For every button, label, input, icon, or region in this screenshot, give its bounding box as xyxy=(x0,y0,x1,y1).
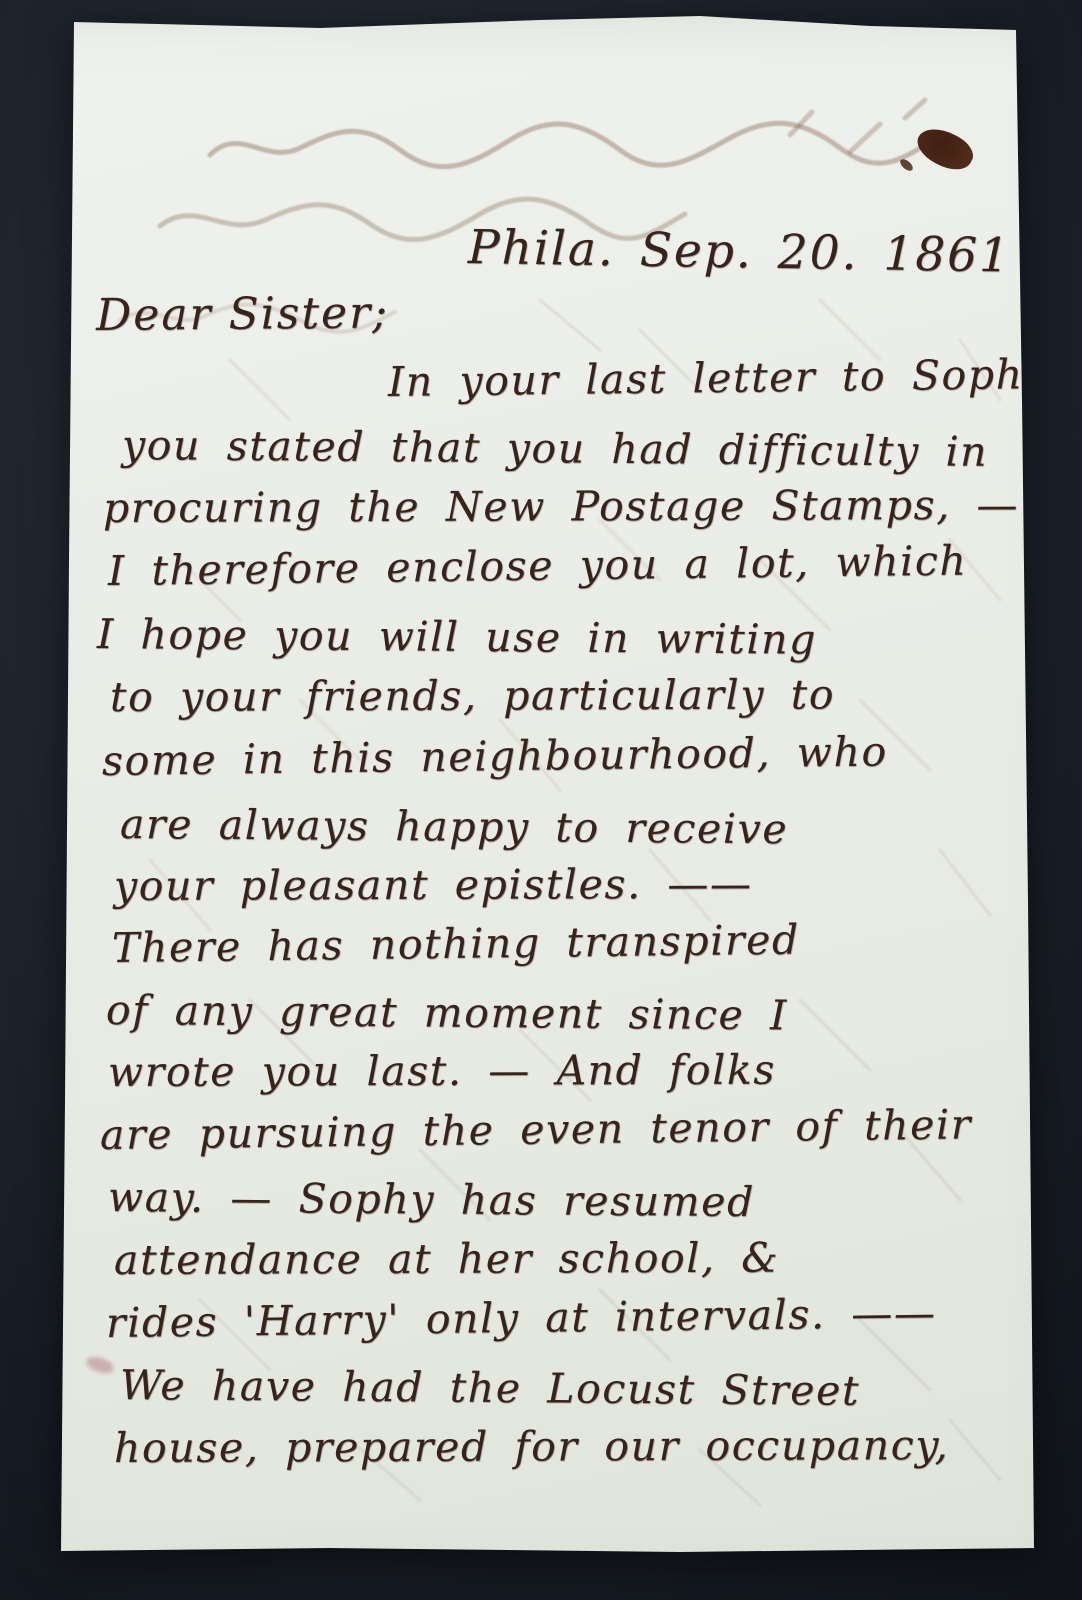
letter-paper: Phila. Sep. 20. 1861 Dear Sister; In you… xyxy=(0,0,1082,1600)
letter-line: We have had the Locust Street xyxy=(120,1361,860,1415)
letter-line: your pleasant epistles. —— xyxy=(114,860,753,910)
letter-line: rides 'Harry' only at intervals. —— xyxy=(106,1289,937,1347)
salutation: Dear Sister; xyxy=(96,287,389,341)
letter-line: procuring the New Postage Stamps, — xyxy=(103,481,1019,532)
letter-line: you stated that you had difficulty in xyxy=(122,421,989,476)
letter-line: to your friends, particularly to xyxy=(110,670,835,721)
letter-line: way. — Sophy has resumed xyxy=(108,1173,755,1226)
letter-line: some in this neighbourhood, who xyxy=(102,727,888,785)
letter-line: of any great moment since I xyxy=(106,986,788,1039)
letter-line: house, prepared for our occupancy, xyxy=(114,1421,949,1472)
letter-line: wrote you last. — And folks xyxy=(108,1046,776,1096)
letter-line: are always happy to receive xyxy=(120,800,789,853)
letter-line: I hope you will use in writing xyxy=(97,610,817,664)
letter-paper-shadow: Phila. Sep. 20. 1861 Dear Sister; In you… xyxy=(0,0,1082,1600)
letter-line: I therefore enclose you a lot, which xyxy=(108,537,968,595)
letter-line: There has nothing transpired xyxy=(112,916,800,972)
dateline: Phila. Sep. 20. 1861 xyxy=(468,220,1012,284)
letter-text: Phila. Sep. 20. 1861 Dear Sister; In you… xyxy=(0,0,1082,1600)
letter-line: are pursuing the even tenor of their xyxy=(100,1100,972,1159)
letter-line: In your last letter to Sophy xyxy=(388,350,1049,406)
photo-background: Phila. Sep. 20. 1861 Dear Sister; In you… xyxy=(0,0,1082,1600)
letter-line: attendance at her school, & xyxy=(114,1234,779,1284)
